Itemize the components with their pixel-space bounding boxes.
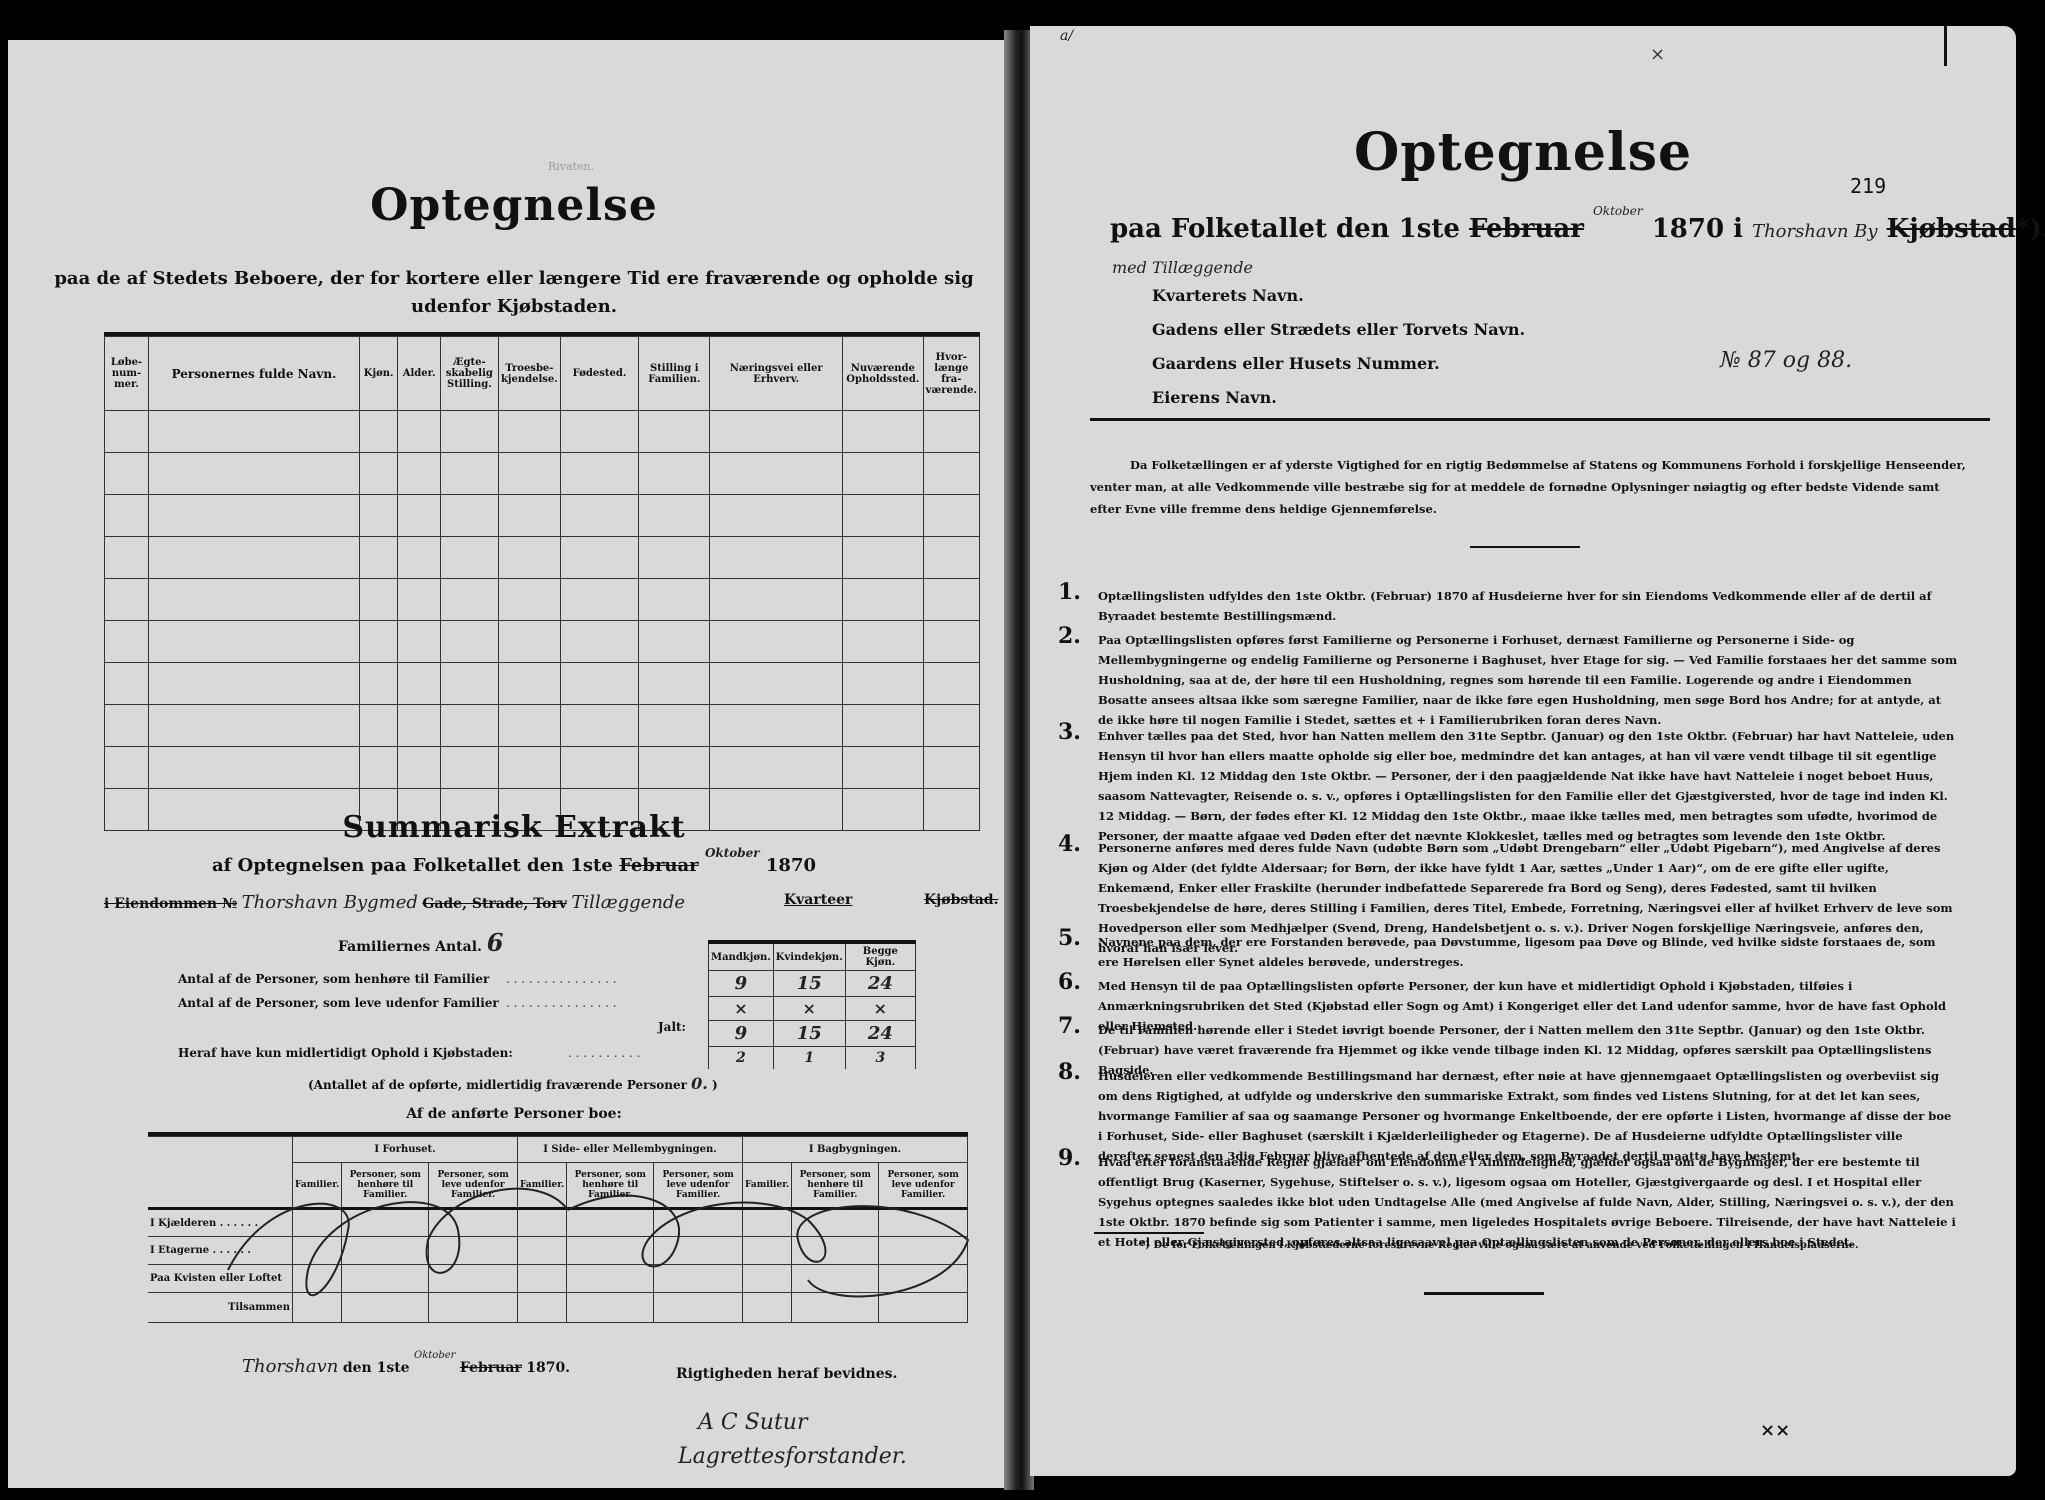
page-number: 219: [1850, 174, 1886, 198]
field-house-number-value: № 87 og 88.: [1720, 348, 1852, 373]
kjobstad-label: Kjøbstad.: [924, 892, 998, 908]
table-row: [105, 495, 980, 537]
dot-leader: . . . . . . . . . . . . . . .: [506, 996, 617, 1010]
summary-count-table: Mandkjøn. Kvindekjøn. Begge Kjøn. 9 15 2…: [708, 940, 916, 1069]
col-age: Alder.: [398, 337, 440, 411]
summary-title: Summarisk Extrakt: [8, 810, 1020, 845]
group-bagbygning: I Bagbygningen.: [742, 1137, 967, 1163]
kvarter-label: Kvarteer: [784, 892, 852, 908]
residence-heading: Af de anførte Personer boe:: [8, 1106, 1020, 1122]
footer-place: Thorshavn: [242, 1356, 338, 1377]
summary-row-label: Heraf have kun midlertidigt Ophold i Kjø…: [178, 1046, 513, 1060]
summary-row-label: Jalt:: [658, 1020, 686, 1034]
dot-leader: . . . . . . . . . . . . . . .: [506, 972, 617, 986]
table-row: [105, 579, 980, 621]
group-sidebygning: I Side- eller Mellembygningen.: [517, 1137, 742, 1163]
intro-paragraph: Da Folketællingen er af yderste Vigtighe…: [1090, 454, 1970, 520]
table-row: [105, 705, 980, 747]
instruction-3: 3.Enhver tælles paa det Sted, hvor han N…: [1098, 726, 1958, 846]
families-value: 6: [487, 928, 504, 957]
district-handwritten: med Tillæggende: [1112, 258, 1253, 277]
instruction-5: 5.Navnene paa dem, der ere Forstanden be…: [1098, 932, 1958, 972]
signature-line-2: Lagrettesforstander.: [678, 1444, 907, 1469]
right-page: a/ × Optegnelse 219 paa Folketallet den …: [1030, 26, 2016, 1476]
col-marital: Ægte-skabelig Stilling.: [440, 337, 498, 411]
location-handwritten: Thorshavn Bygmed: [242, 892, 418, 913]
col-birthplace: Fødested.: [560, 337, 638, 411]
col-religion: Troesbe-kjendelse.: [498, 337, 560, 411]
header-both: Begge Kjøn.: [845, 942, 915, 971]
location-prefix-struck: i Eiendommen №: [104, 896, 237, 912]
table-row: 9 15 24: [709, 971, 916, 997]
left-page: Rivaten. Optegnelse paa de af Stedets Be…: [8, 40, 1020, 1488]
table-row: [105, 663, 980, 705]
summary-month-struck: Februar: [619, 855, 699, 876]
dot-leader: . . . . . . . . . .: [568, 1046, 640, 1060]
right-month-struck: Februar: [1469, 214, 1584, 244]
families-label: Familiernes Antal.: [338, 939, 482, 955]
col-lobenummer: Løbe-num-mer.: [105, 337, 149, 411]
instruction-2: 2.Paa Optællingslisten opføres først Fam…: [1098, 630, 1958, 730]
bottom-mark: ××: [1760, 1420, 1790, 1441]
absent-persons-table: Løbe-num-mer. Personernes fulde Navn. Kj…: [104, 336, 980, 831]
cancel-loops-mark: [208, 1180, 988, 1310]
table-row: [105, 453, 980, 495]
table-row: 2 1 3: [709, 1047, 916, 1069]
summary-year: 1870: [766, 855, 816, 876]
left-title: Optegnelse: [8, 180, 1020, 231]
field-street-label: Gadens eller Strædets eller Torvets Navn…: [1152, 320, 1525, 339]
certification-text: Rigtigheden heraf bevidnes.: [676, 1366, 897, 1382]
col-current-location: Nuværende Opholdssted.: [842, 337, 923, 411]
summary-month-handwritten: Oktober: [705, 846, 760, 860]
group-forhuset: I Forhuset.: [293, 1137, 518, 1163]
left-subtitle-2: udenfor Kjøbstaden.: [8, 296, 1020, 317]
table-row: × × ×: [709, 997, 916, 1021]
families-count: Familiernes Antal. 6: [338, 928, 504, 957]
field-quarter-label: Kvarterets Navn.: [1152, 286, 1304, 305]
left-footer-date: Thorshavn den 1ste Oktober Februar 1870.: [242, 1356, 570, 1377]
left-subtitle-1: paa de af Stedets Beboere, der for korte…: [8, 268, 1020, 289]
instruction-8: 8.Husdeieren eller vedkommende Bestillin…: [1098, 1066, 1958, 1166]
col-name: Personernes fulde Navn.: [148, 337, 359, 411]
street-handwritten: Tillæggende: [571, 892, 685, 913]
col-family-position: Stilling i Familien.: [639, 337, 710, 411]
col-absence-duration: Hvor-længe fra-værende.: [923, 337, 979, 411]
instruction-1: 1.Optællingslisten udfyldes den 1ste Okt…: [1098, 586, 1958, 626]
table-row: [105, 411, 980, 453]
absent-note: (Antallet af de opførte, midlertidig fra…: [308, 1074, 718, 1093]
table-row: [105, 621, 980, 663]
corner-mark: a/: [1060, 28, 1073, 44]
table-row: [105, 747, 980, 789]
summary-location-line: i Eiendommen № Thorshavn Bygmed Gade, St…: [104, 892, 974, 913]
table-row: [105, 537, 980, 579]
field-owner-label: Eierens Navn.: [1152, 388, 1277, 407]
summary-subtitle: af Optegnelsen paa Folketallet den 1ste …: [8, 855, 1020, 876]
field-house-number-label: Gaardens eller Husets Nummer.: [1152, 354, 1440, 373]
summary-subtitle-prefix: af Optegnelsen paa Folketallet den 1ste: [212, 855, 613, 876]
header-female: Kvindekjøn.: [773, 942, 845, 971]
header-male: Mandkjøn.: [709, 942, 774, 971]
summary-row-label: Antal af de Personer, som leve udenfor F…: [178, 996, 499, 1010]
right-month-handwritten: Oktober: [1593, 204, 1643, 218]
summary-row-label: Antal af de Personer, som henhøre til Fa…: [178, 972, 489, 986]
top-mark: ×: [1650, 44, 1665, 65]
faint-header: Rivaten.: [548, 160, 594, 173]
signature-line-1: A C Sutur: [698, 1410, 807, 1435]
col-sex: Kjøn.: [359, 337, 398, 411]
footnote: *) De for Folketællingen i Kjøbstæderne …: [1140, 1240, 1859, 1251]
town-handwritten: Thorshavn By: [1752, 221, 1877, 242]
right-subtitle: paa Folketallet den 1ste Februar Oktober…: [1110, 214, 2045, 244]
street-struck: Gade, Strade, Torv: [422, 896, 567, 912]
instruction-9: 9.Hvad efter foranstaaende Regler gjælde…: [1098, 1152, 1958, 1252]
table-row: 9 15 24: [709, 1021, 916, 1047]
col-occupation: Næringsvei eller Erhverv.: [710, 337, 843, 411]
town-suffix-struck: Kjøbstad: [1887, 214, 2016, 244]
absent-note-value: 0.: [691, 1074, 708, 1093]
